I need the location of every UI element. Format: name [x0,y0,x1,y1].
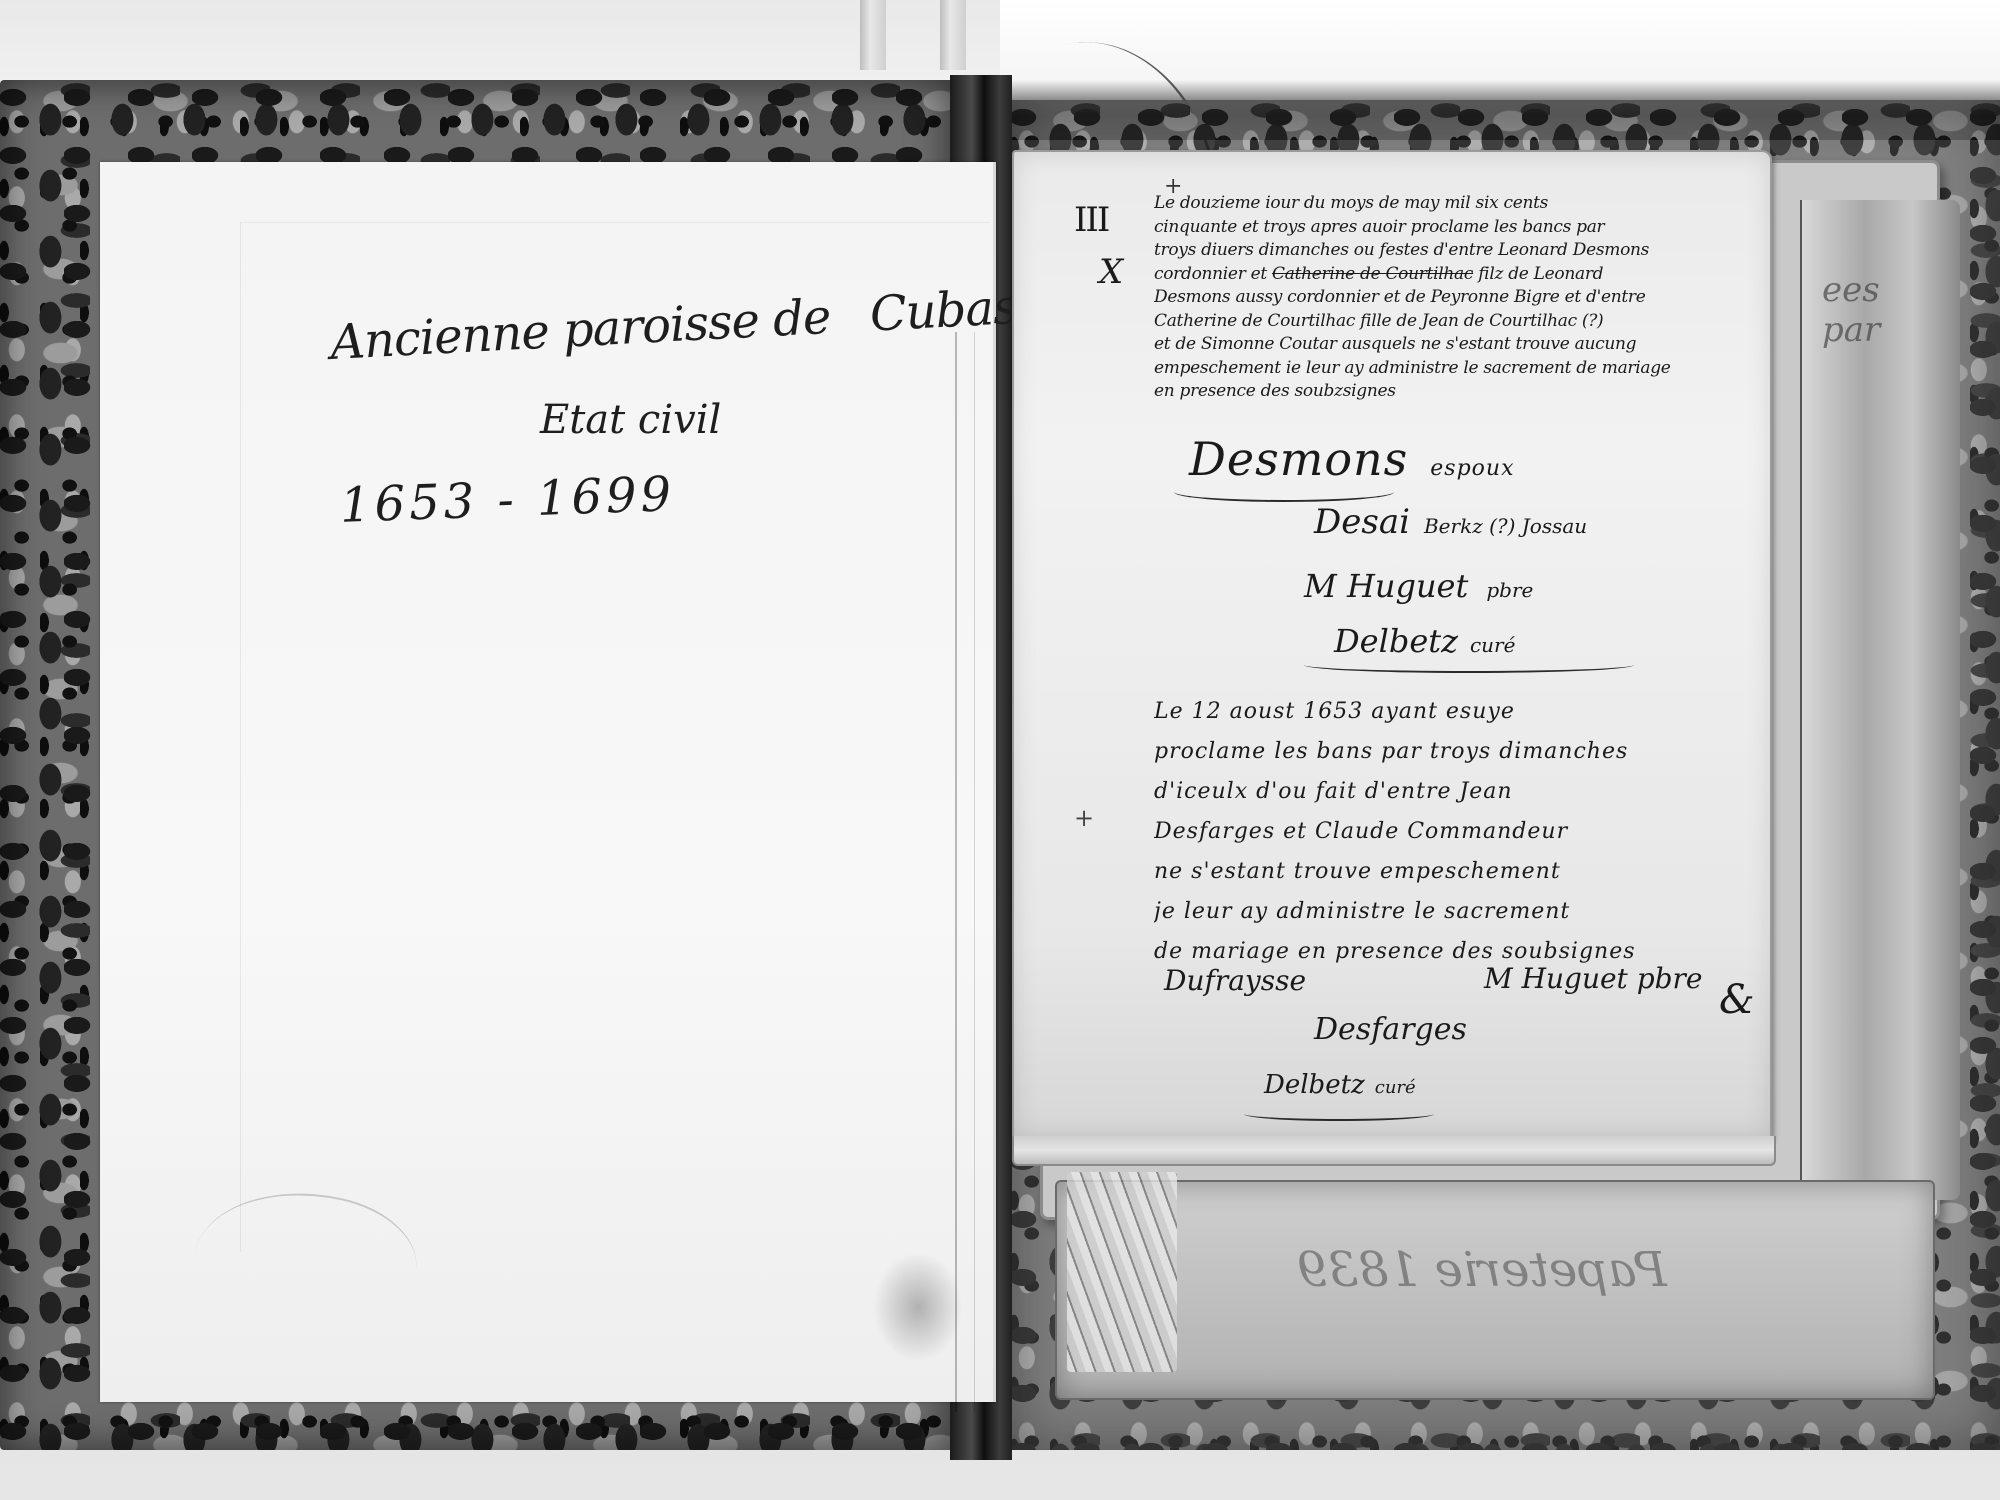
flyleaf-left-page: Ancienne paroisse deCubas Etat civil 165… [100,162,996,1402]
margin-plus-mark: + [1074,804,1094,832]
signature-dufraysse: Dufraysse [1164,964,1306,997]
mirrored-bleed-text: Papeterie 1839 [1297,1242,1667,1298]
signature-role: espoux [1430,456,1514,481]
act-text: cordonnier et [1154,264,1267,284]
page-bottom-edge [1012,1136,1776,1166]
act-line: je leur ay administre le sacrement [1154,892,1754,932]
torn-page-edges [1067,1172,1177,1372]
page-stain [873,1252,963,1362]
folio-mark: III [1074,200,1108,240]
support-post [940,0,966,70]
page-stack-lower: Papeterie 1839 [1055,1180,1935,1400]
signature-name: Delbetz [1334,622,1458,660]
signature-desmons: Desmonsespoux [1189,432,1514,486]
signature-flourish [1244,1107,1434,1121]
act-line: Desfarges et Claude Commandeur [1154,812,1754,852]
act-line: troys diuers dimanches ou festes d'entre… [1154,239,1754,263]
act-text: filz de Leonard [1478,264,1603,284]
label-record-type: Etat civil [540,397,721,443]
support-post [860,0,886,70]
marriage-act-2: Le 12 aoust 1653 ayant esuye proclame le… [1154,692,1754,972]
signature-flourish [1304,657,1634,673]
act-line: d'iceulx d'ou fait d'entre Jean [1154,772,1754,812]
marriage-act-1: Le douzieme iour du moys de may mil six … [1154,192,1754,404]
act-line: ne s'estant trouve empeschement [1154,852,1754,892]
signature-name: Delbetz [1264,1070,1365,1100]
ampersand-mark: & [1719,977,1755,1023]
signature-role: curé [1375,1077,1416,1098]
page-stack-right-edge: ees par [1800,200,1960,1200]
act-line: en presence des soubzsignes [1154,380,1754,404]
signature-role: Berkz (?) Jossau [1424,514,1587,538]
act-line: Le douzieme iour du moys de may mil six … [1154,192,1754,216]
act-line: Desmons aussy cordonnier et de Peyronne … [1154,286,1754,310]
act-line: Catherine de Courtilhac fille de Jean de… [1154,310,1754,334]
act-line: cordonnier et Catherine de Courtilhac fi… [1154,263,1754,287]
signature-name: Desai [1314,502,1410,542]
page-fold [240,222,990,1252]
page-inner-edge [955,332,975,1412]
act-line: proclame les bans par troys dimanches [1154,732,1754,772]
act-line: empeschement ie leur ay administre le sa… [1154,357,1754,381]
bleed-through-word: par [1822,310,1880,350]
signature-mhuguet: M Huguet pbre [1484,962,1703,995]
struck-text: Catherine de Courtilhac [1272,264,1473,284]
act-line: Le 12 aoust 1653 ayant esuye [1154,692,1754,732]
register-page-right: III + X + Le douzieme iour du moys de ma… [1012,150,1772,1140]
label-date-range: 1653 - 1699 [339,466,676,534]
margin-x-mark: X [1099,252,1123,292]
signature-mhuguet: M Huguetpbre [1304,567,1533,605]
act-line: et de Simonne Coutar ausquels ne s'estan… [1154,333,1754,357]
signature-desfarges: Desfarges [1314,1012,1467,1047]
signature-role: pbre [1486,578,1533,602]
signature-delbetz: Delbetzcuré [1334,622,1515,660]
signature-role: curé [1470,633,1515,657]
signature-name: Desmons [1189,432,1408,486]
bleed-through-word: ees [1822,270,1880,310]
signature-delbetz: Delbetzcuré [1264,1070,1416,1100]
signature-name: M Huguet [1304,567,1468,605]
signature-flourish [1174,482,1394,502]
label-parish-name: Cubas [869,279,1018,343]
act-line: cinquante et troys apres auoir proclame … [1154,216,1754,240]
signature-desai: DesaiBerkz (?) Jossau [1314,502,1587,542]
